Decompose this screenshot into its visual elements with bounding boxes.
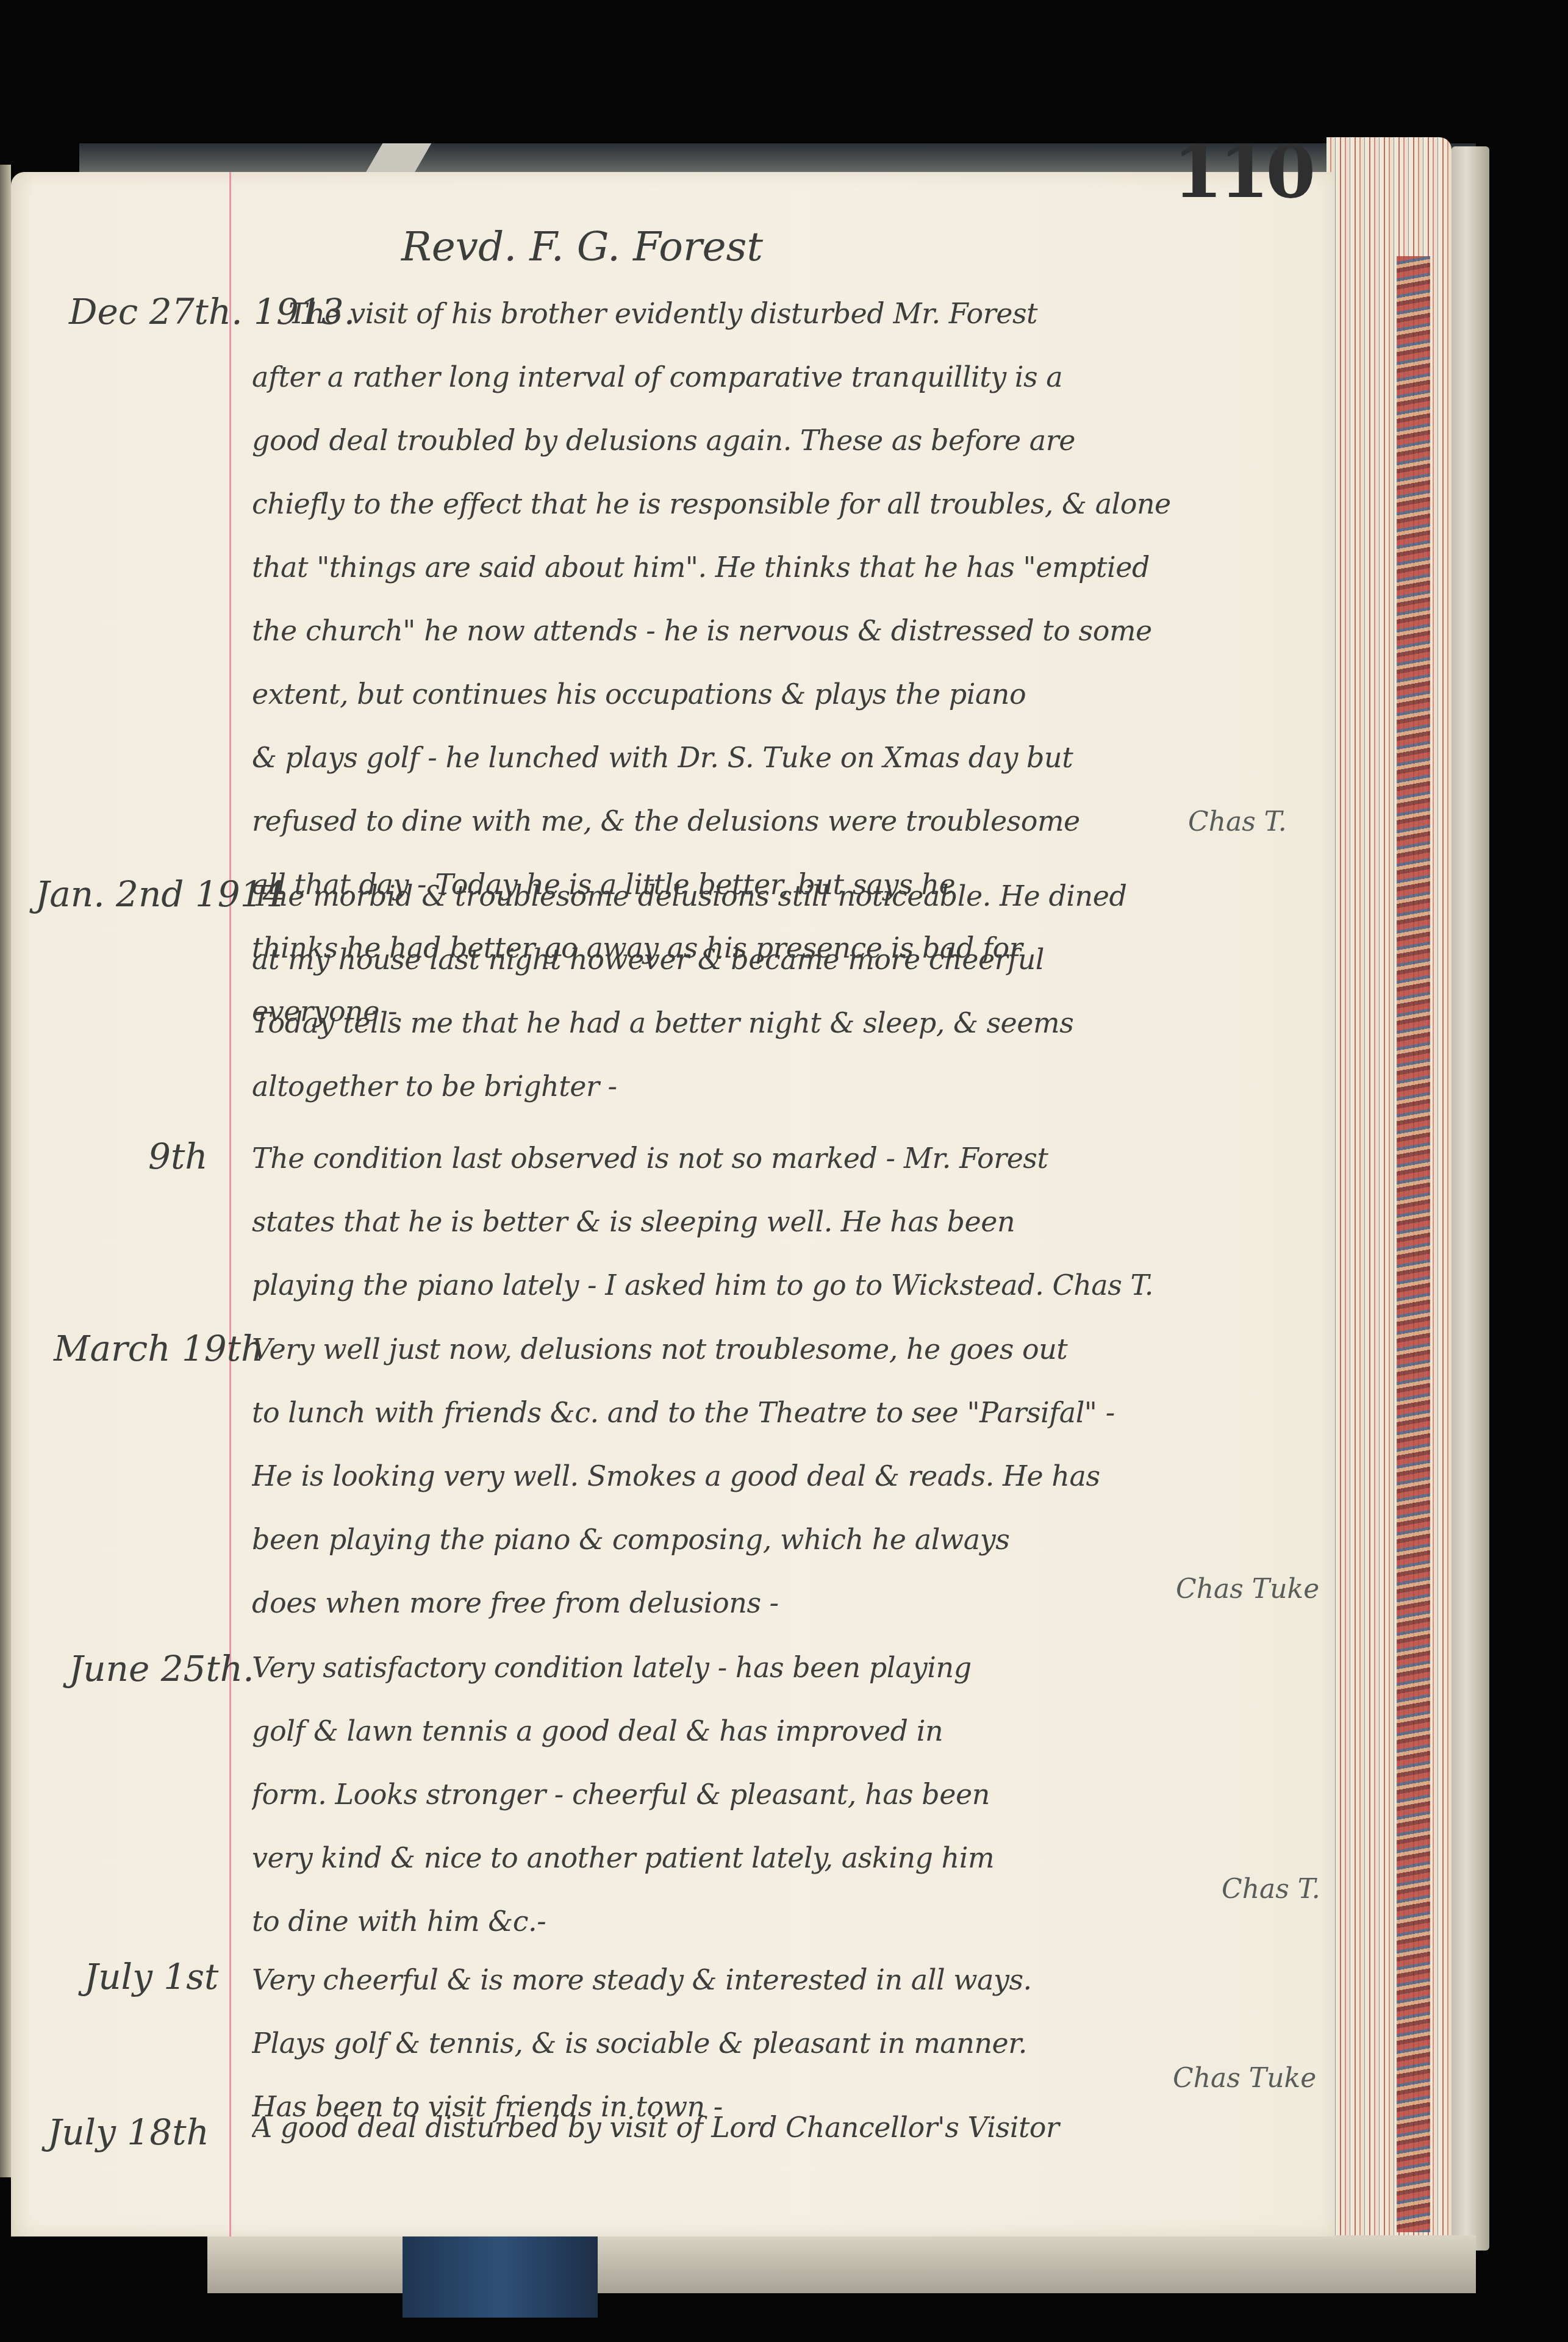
- entry-date: July 1st: [84, 1956, 218, 1997]
- entry-line: altogether to be brighter -: [252, 1055, 1307, 1118]
- facing-page-edge: [0, 165, 11, 2177]
- entry-line: states that he is better & is sleeping w…: [252, 1190, 1307, 1253]
- entry-line: The morbid & troublesome delusions still…: [252, 864, 1307, 928]
- entry-line: very kind & nice to another patient late…: [252, 1826, 1307, 1889]
- entry-line: after a rather long interval of comparat…: [252, 345, 1307, 409]
- entry-body: Very well just now, delusions not troubl…: [252, 1317, 1307, 1635]
- entry-line: good deal troubled by delusions again. T…: [252, 409, 1307, 472]
- entry-line: refused to dine with me, & the delusions…: [252, 789, 1307, 853]
- entry-line: that "things are said about him". He thi…: [252, 535, 1307, 599]
- entry-line: to dine with him &c.-: [252, 1889, 1307, 1953]
- book-cover-right-edge: [1452, 146, 1489, 2251]
- entry-date: 9th: [148, 1136, 208, 1177]
- entry-line: Very well just now, delusions not troubl…: [252, 1317, 1307, 1381]
- entry-line: He is looking very well. Smokes a good d…: [252, 1444, 1307, 1508]
- entry-line: chiefly to the effect that he is respons…: [252, 472, 1307, 535]
- entry-line: Plays golf & tennis, & is sociable & ple…: [252, 2011, 1307, 2075]
- entry-line: does when more free from delusions -: [252, 1571, 1307, 1635]
- entry-body: The visit of his brother evidently distu…: [288, 282, 1344, 345]
- entry-line: form. Looks stronger - cheerful & pleasa…: [252, 1763, 1307, 1826]
- entry-line: A good deal disturbed by visit of Lord C…: [252, 2099, 1307, 2155]
- entry-line: & plays golf - he lunched with Dr. S. Tu…: [252, 726, 1307, 789]
- entry-body: The condition last observed is not so ma…: [252, 1126, 1307, 1317]
- page-number: 110: [1173, 129, 1312, 214]
- entry-line: Today tells me that he had a better nigh…: [252, 991, 1307, 1055]
- marbled-page-edge: [1397, 256, 1430, 2232]
- page-stack-edges: [1326, 137, 1452, 2254]
- entry-line: The condition last observed is not so ma…: [252, 1126, 1307, 1190]
- entry-body: Very satisfactory condition lately - has…: [252, 1636, 1307, 1953]
- entry-line: at my house last night however & became …: [252, 928, 1307, 991]
- entry-date: July 18th: [48, 2111, 209, 2153]
- entry-body: A good deal disturbed by visit of Lord C…: [252, 2099, 1307, 2155]
- book-cover-bottom-edge: [207, 2235, 1476, 2293]
- page-heading: Revd. F. G. Forest: [401, 223, 763, 270]
- margin-rule: [229, 172, 231, 2236]
- bookmark-ribbon: [403, 2235, 598, 2318]
- signature: Chas Tuke: [1173, 2063, 1316, 2094]
- entry-line: The visit of his brother evidently distu…: [288, 282, 1344, 345]
- casebook-page: 110 Revd. F. G. Forest Dec 27th. 1913. T…: [11, 172, 1334, 2236]
- entry-line: golf & lawn tennis a good deal & has imp…: [252, 1699, 1307, 1763]
- entry-line: Very cheerful & is more steady & interes…: [252, 1948, 1307, 2011]
- entry-line: been playing the piano & composing, whic…: [252, 1508, 1307, 1571]
- entry-date: March 19th: [54, 1328, 263, 1369]
- entry-date: June 25th.: [69, 1648, 254, 1689]
- entry-line: playing the piano lately - I asked him t…: [252, 1253, 1307, 1317]
- entry-line: extent, but continues his occupations & …: [252, 662, 1307, 726]
- entry-line: to lunch with friends &c. and to the The…: [252, 1381, 1307, 1444]
- entry-date: Jan. 2nd 1914: [35, 873, 285, 915]
- entry-line: Very satisfactory condition lately - has…: [252, 1636, 1307, 1699]
- signature: Chas T.: [1222, 1874, 1320, 1905]
- signature: Chas Tuke: [1176, 1574, 1319, 1605]
- signature: Chas T.: [1188, 806, 1287, 837]
- entry-line: the church" he now attends - he is nervo…: [252, 599, 1307, 662]
- entry-body: The morbid & troublesome delusions still…: [252, 864, 1307, 1118]
